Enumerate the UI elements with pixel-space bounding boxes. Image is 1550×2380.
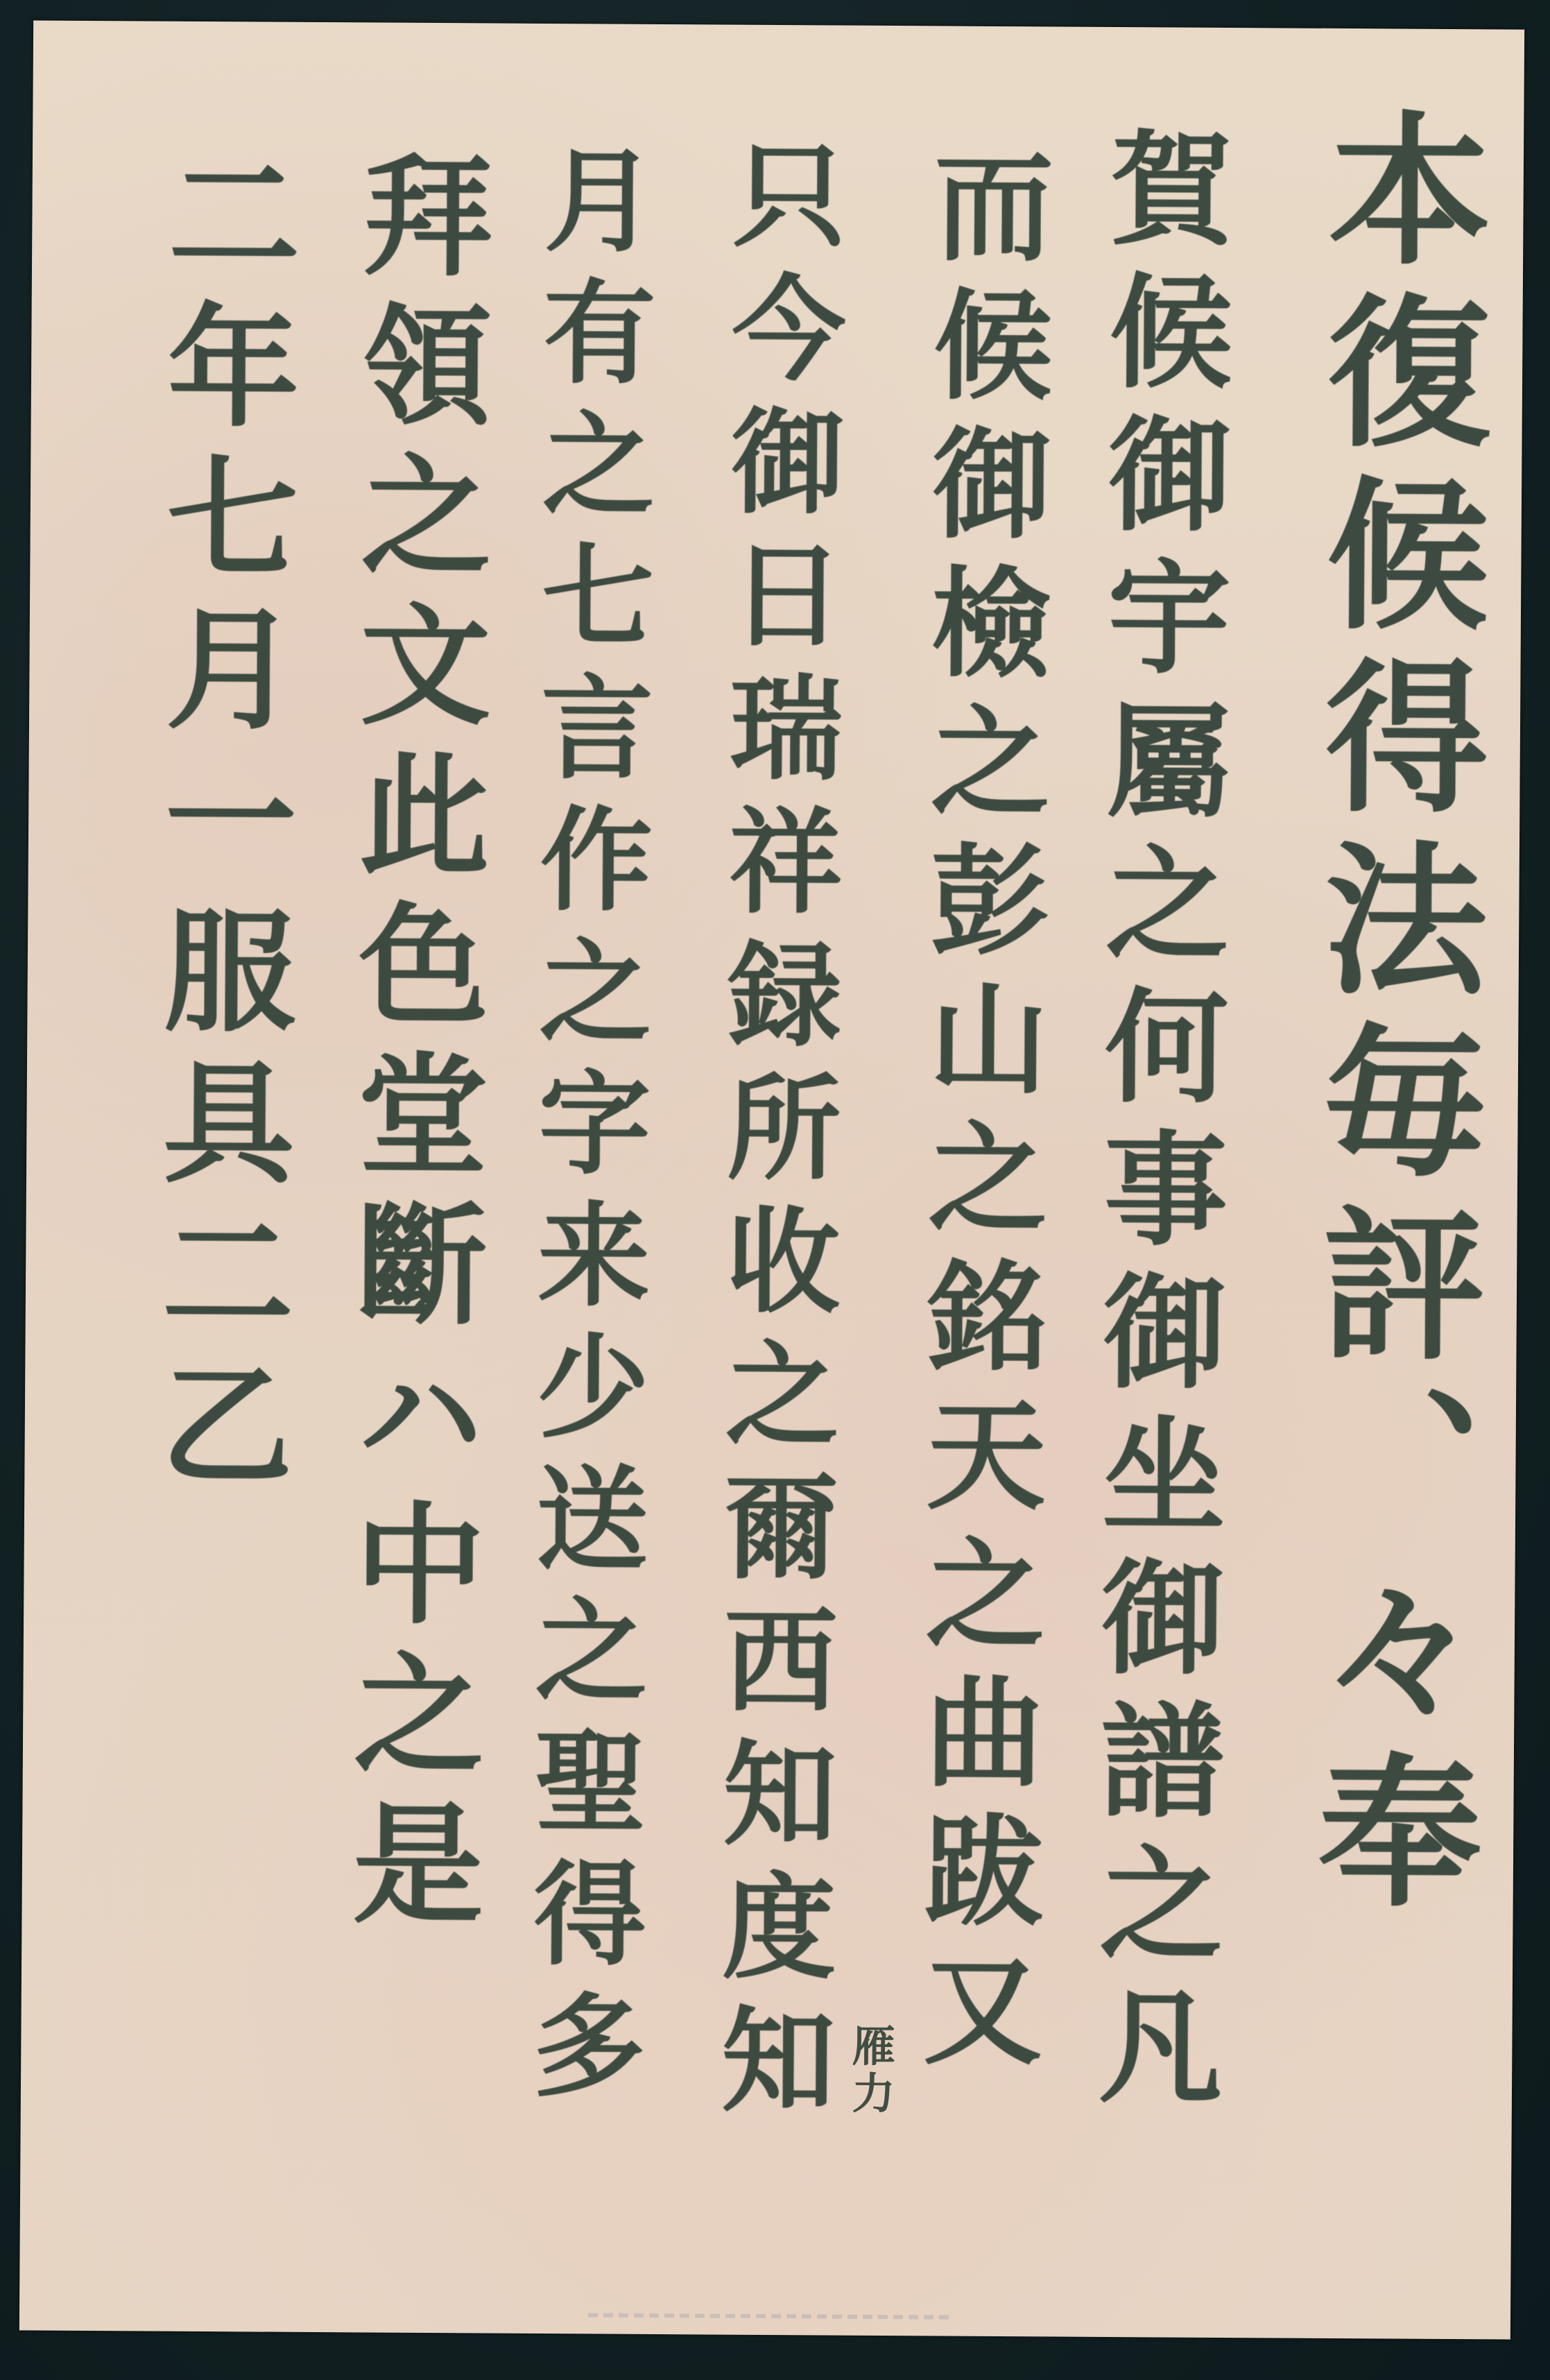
- text-column-6: 拜領之文此色堂斷ハ中之是: [313, 147, 511, 1946]
- text-column-4: 只今御日瑞祥録所收之爾西知度知: [687, 135, 863, 2134]
- text-column-3: 而候御檢之彭山之銘天之曲跋又: [888, 144, 1071, 2087]
- text-column-7: 二年七月一服具二乙: [121, 146, 319, 1508]
- text-column-5: 月有之七言作之字来少送之聖得多: [499, 142, 672, 2119]
- text-column-1: 本復候得法毎評、々奉: [1270, 104, 1515, 1930]
- column-4-text: 只今御日瑞祥録所收之爾西知度知: [687, 135, 863, 2134]
- text-column-2: 賀候御宇屬之何事御坐御譜之凡: [1061, 124, 1251, 2126]
- column-3-text: 而候御檢之彭山之銘天之曲跋又: [888, 144, 1071, 2087]
- scan-background: 本復候得法毎評、々奉 賀候御宇屬之何事御坐御譜之凡 而候御檢之彭山之銘天之曲跋又…: [0, 0, 1550, 2380]
- margin-annotation: 雁力: [839, 2023, 902, 2118]
- column-2-text: 賀候御宇屬之何事御坐御譜之凡: [1061, 124, 1251, 2126]
- column-1-text: 本復候得法毎評、々奉: [1270, 104, 1515, 1930]
- column-7-text: 二年七月一服具二乙: [121, 146, 319, 1508]
- postcard: 本復候得法毎評、々奉 賀候御宇屬之何事御坐御譜之凡 而候御檢之彭山之銘天之曲跋又…: [19, 20, 1524, 2339]
- column-6-text: 拜領之文此色堂斷ハ中之是: [313, 147, 511, 1946]
- column-5-text: 月有之七言作之字来少送之聖得多: [499, 142, 672, 2119]
- faint-printed-line: [588, 2313, 949, 2319]
